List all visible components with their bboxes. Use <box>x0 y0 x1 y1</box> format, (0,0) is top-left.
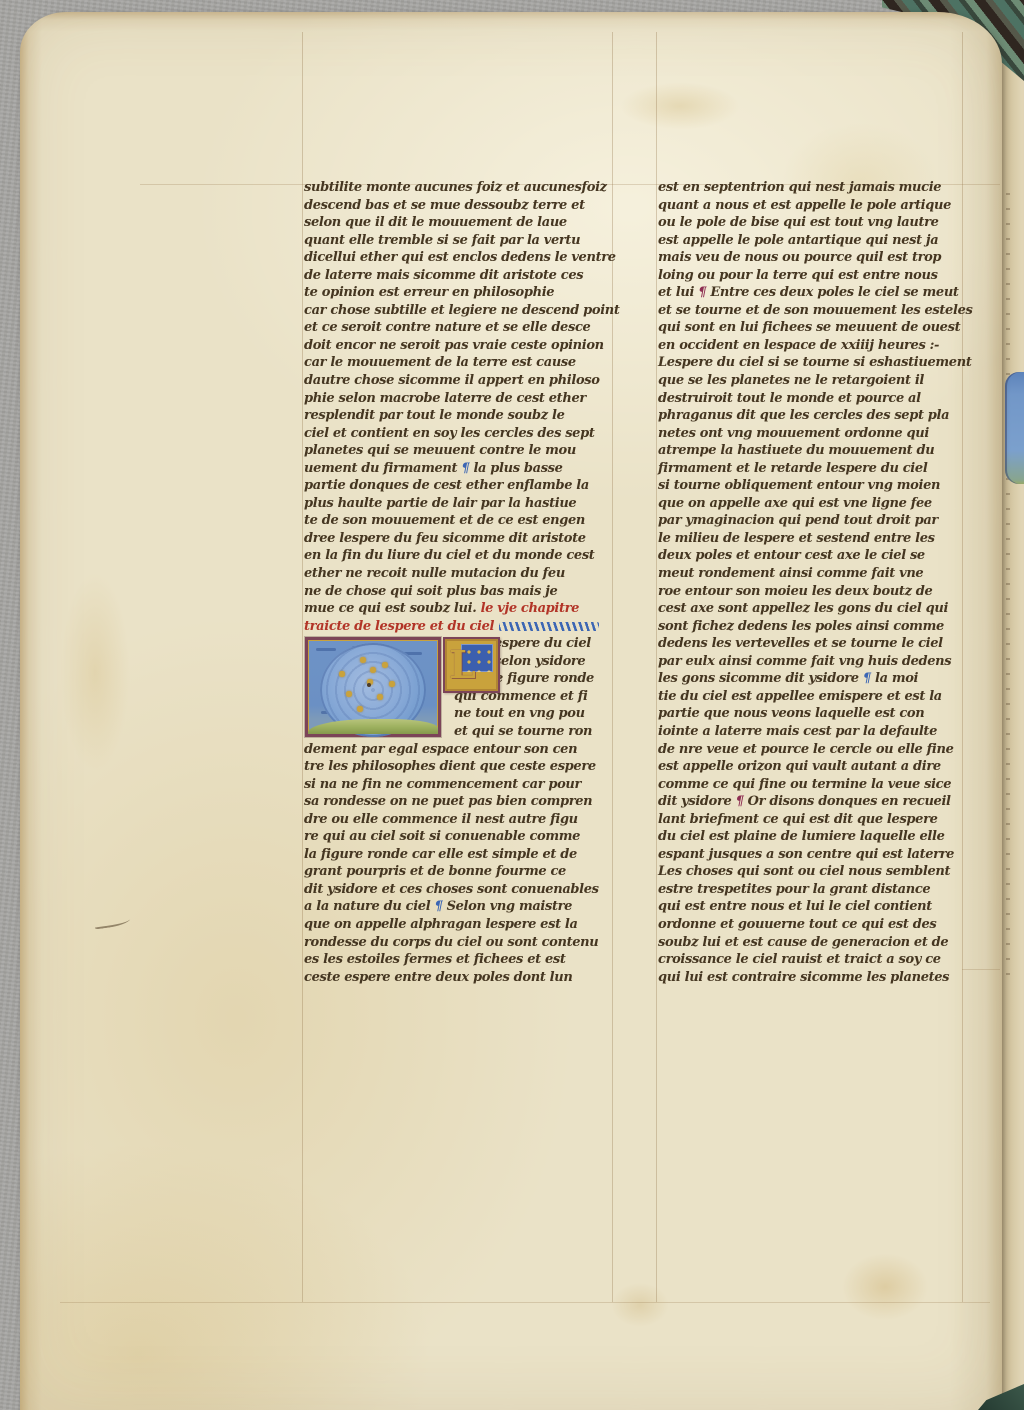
text-line: firmament et le retarde lespere du ciel <box>658 461 966 479</box>
text-line: uement du firmament ¶ la plus basse <box>304 461 616 479</box>
text-line: loing ou pour la terre qui est entre nou… <box>658 268 966 286</box>
ink-text: Lespere du ciel si se tourne si eshastiu… <box>658 355 971 370</box>
text-line: qui est entre nous et lui le ciel contie… <box>658 899 966 917</box>
text-line: mais veu de nous ou pource quil est trop <box>658 250 966 268</box>
cloud-streak <box>316 648 336 651</box>
ink-text: Les choses qui sont ou ciel nous semblen… <box>658 864 950 879</box>
text-line: ciel et contient en soy les cercles des … <box>304 426 616 444</box>
text-line: dautre chose sicomme il appert en philos… <box>304 373 616 391</box>
text-line: par eulx ainsi comme fait vng huis deden… <box>658 654 966 672</box>
initial-letter: L <box>449 646 476 684</box>
ink-text: sa rondesse on ne puet pas bien compren <box>304 794 592 809</box>
text-line: croissance le ciel rauist et traict a so… <box>658 952 966 970</box>
ink-text: roe entour son moieu les deux boutz de <box>658 584 932 599</box>
ink-text: et lui <box>658 285 698 300</box>
ink-text: a la nature du ciel <box>304 899 434 914</box>
ink-text: subtilite monte aucunes foiz et aucunesf… <box>304 180 607 195</box>
text-line: par ymaginacion qui pend tout droit par <box>658 513 966 531</box>
manuscript-photo: subtilite monte aucunes foiz et aucunesf… <box>0 0 1024 1410</box>
text-line: phraganus dit que les cercles des sept p… <box>658 408 966 426</box>
ink-text: lant briefment ce qui est dit que lesper… <box>658 812 938 827</box>
text-line: dree lespere du feu sicomme dit aristote <box>304 531 616 549</box>
text-line: que on appelle axe qui est vne ligne fee <box>658 496 966 514</box>
ink-text: les gons sicomme dit ysidore <box>658 671 863 686</box>
ink-text: qui est entre nous et lui le ciel contie… <box>658 899 932 914</box>
text-line: destruiroit tout le monde et pource al <box>658 391 966 409</box>
ink-text: en la fin du liure du ciel et du monde c… <box>304 548 594 563</box>
ink-text: ciel et contient en soy les cercles des … <box>304 426 595 441</box>
ink-text: te de son mouuement et de ce est engen <box>304 513 585 528</box>
ink-text: en occident en lespace de xxiiij heures … <box>658 338 939 353</box>
text-line: est appelle le pole antartique qui nest … <box>658 233 966 251</box>
text-line: dre ou elle commence il nest autre figu <box>304 812 616 830</box>
text-line: que on appelle alphragan lespere est la <box>304 917 616 935</box>
text-line: Les choses qui sont ou ciel nous semblen… <box>658 864 966 882</box>
text-line: ne tout en vng pou <box>454 706 616 724</box>
text-line: dicellui ether qui est enclos dedens le … <box>304 250 616 268</box>
ink-text: selon ysidore <box>494 654 585 669</box>
text-column-right: est en septentrion qui nest jamais mucie… <box>658 180 966 987</box>
text-line: les gons sicomme dit ysidore ¶ la moi <box>658 671 966 689</box>
text-line: Lespere du ciel si se tourne si eshastiu… <box>658 355 966 373</box>
ink-text: cest axe sont appellez les gons du ciel … <box>658 601 948 616</box>
ink-text: ether ne recoit nulle mutacion du feu <box>304 566 565 581</box>
gold-star <box>389 681 395 687</box>
ink-text: soubz lui et est cause de generacion et … <box>658 935 948 950</box>
text-line: la figure ronde car elle est simple et d… <box>304 847 616 865</box>
text-line: que se les planetes ne le retargoient il <box>658 373 966 391</box>
ink-text: partie donques de cest ether enflambe la <box>304 478 589 493</box>
ruling-line-horizontal <box>962 969 1000 970</box>
text-line: selon ysidore <box>494 654 616 672</box>
ink-text: dree lespere du feu sicomme dit aristote <box>304 531 586 546</box>
pilcrow-mark: ¶ <box>698 285 706 300</box>
ink-text: ne de chose qui soit plus bas mais je <box>304 584 557 599</box>
ink-text: dicellui ether qui est enclos dedens le … <box>304 250 616 265</box>
text-line: ne de chose qui soit plus bas mais je <box>304 584 616 602</box>
next-folio-text-showthrough <box>1006 193 1010 983</box>
ink-text: si na ne fin ne commencement car pour <box>304 777 581 792</box>
text-line: car chose subtille et legiere ne descend… <box>304 303 616 321</box>
text-line: descend bas et se mue dessoubz terre et <box>304 198 616 216</box>
text-line: traicte de lespere et du ciel <box>304 619 616 637</box>
text-line: si tourne obliquement entour vng moien <box>658 478 966 496</box>
ink-text: et se tourne et de son mouuement les est… <box>658 303 972 318</box>
text-line: iointe a laterre mais cest par la defaul… <box>658 724 966 742</box>
ink-text: ou le pole de bise qui est tout vng laut… <box>658 215 939 230</box>
ink-text: par eulx ainsi comme fait vng huis deden… <box>658 654 951 669</box>
text-line: ou le pole de bise qui est tout vng laut… <box>658 215 966 233</box>
gold-star <box>357 706 363 712</box>
ink-text: dit ysidore et ces choses sont conuenabl… <box>304 882 599 897</box>
text-line: sont fichez dedens les poles ainsi comme <box>658 619 966 637</box>
text-line: deux poles et entour cest axe le ciel se <box>658 548 966 566</box>
text-line: espant jusques a son centre qui est late… <box>658 847 966 865</box>
ink-text: qui lui est contraire sicomme les planet… <box>658 970 949 985</box>
gold-star <box>360 657 366 663</box>
ink-text: doit encor ne seroit pas vraie ceste opi… <box>304 338 604 353</box>
ink-text: la figure ronde car elle est simple et d… <box>304 847 577 862</box>
green-ground <box>308 719 438 734</box>
ruling-line-horizontal <box>60 1302 990 1303</box>
text-line: grant pourpris et de bonne fourme ce <box>304 864 616 882</box>
text-line: phie selon macrobe laterre de cest ether <box>304 391 616 409</box>
ink-text: car le mouuement de la terre est cause <box>304 355 576 370</box>
text-line: rondesse du corps du ciel ou sont conten… <box>304 935 616 953</box>
ink-text: ordonne et gouuerne tout ce qui est des <box>658 917 936 932</box>
ink-text: descend bas et se mue dessoubz terre et <box>304 198 585 213</box>
text-line: et se tourne et de son mouuement les est… <box>658 303 966 321</box>
ink-text: phraganus dit que les cercles des sept p… <box>658 408 949 423</box>
text-line: et lui ¶ Entre ces deux poles le ciel se… <box>658 285 966 303</box>
line-filler <box>499 622 599 631</box>
text-line: meut rondement ainsi comme fait vne <box>658 566 966 584</box>
ink-text: destruiroit tout le monde et pource al <box>658 391 921 406</box>
text-line: plus haulte partie de lair par la hastiu… <box>304 496 616 514</box>
ink-text: la moi <box>871 671 918 686</box>
text-line: atrempe la hastiuete du mouuement du <box>658 443 966 461</box>
ink-text: tie du ciel est appellee emispere et est… <box>658 689 942 704</box>
ink-text: croissance le ciel rauist et traict a so… <box>658 952 941 967</box>
pilcrow-mark: ¶ <box>863 671 871 686</box>
ink-text: dement par egal espace entour son cen <box>304 742 577 757</box>
ink-text: ceste espere entre deux poles dont lun <box>304 970 572 985</box>
parchment-stain <box>610 1282 670 1328</box>
gold-star <box>346 691 352 697</box>
ink-text: dedens les vertevelles et se tourne le c… <box>658 636 943 651</box>
ink-text: quant elle tremble si se fait par la ver… <box>304 233 580 248</box>
text-line: soubz lui et est cause de generacion et … <box>658 935 966 953</box>
gold-star <box>382 662 388 668</box>
text-line: en occident en lespace de xxiiij heures … <box>658 338 966 356</box>
text-line: car le mouuement de la terre est cause <box>304 355 616 373</box>
ink-text: le milieu de lespere et sestend entre le… <box>658 531 935 546</box>
text-line: quant a nous et est appelle le pole arti… <box>658 198 966 216</box>
ink-text: rondesse du corps du ciel ou sont conten… <box>304 935 598 950</box>
ink-text: si tourne obliquement entour vng moien <box>658 478 940 493</box>
ink-text: dautre chose sicomme il appert en philos… <box>304 373 600 388</box>
ink-text: phie selon macrobe laterre de cest ether <box>304 391 586 406</box>
ink-text: plus haulte partie de lair par la hastiu… <box>304 496 576 511</box>
ink-text: espere du ciel <box>494 636 591 651</box>
ink-text: atrempe la hastiuete du mouuement du <box>658 443 934 458</box>
ink-text: quant a nous et est appelle le pole arti… <box>658 198 951 213</box>
text-column-left: subtilite monte aucunes foiz et aucunesf… <box>304 180 616 987</box>
text-line: qui lui est contraire sicomme les planet… <box>658 970 966 988</box>
ink-text: Or disons donques en recueil <box>744 794 951 809</box>
ink-text: es les estoiles fermes et fichees et est <box>304 952 566 967</box>
ink-text: car chose subtille et legiere ne descend… <box>304 303 620 318</box>
miniature-celestial-sphere <box>305 637 441 737</box>
next-folio-miniature-sliver <box>1005 372 1024 484</box>
text-line: est en septentrion qui nest jamais mucie <box>658 180 966 198</box>
text-line: tie du ciel est appellee emispere et est… <box>658 689 966 707</box>
ink-text: comme ce qui fine ou termine la veue sic… <box>658 777 951 792</box>
ink-text: Selon vng maistre <box>442 899 572 914</box>
ink-text: dre ou elle commence il nest autre figu <box>304 812 578 827</box>
text-line: ether ne recoit nulle mutacion du feu <box>304 566 616 584</box>
rubric-text: traicte de lespere et du ciel <box>304 619 494 634</box>
text-line: du ciel est plaine de lumiere laquelle e… <box>658 829 966 847</box>
text-line: espere du ciel <box>494 636 616 654</box>
ink-text: te opinion est erreur en philosophie <box>304 285 554 300</box>
text-line: si na ne fin ne commencement car pour <box>304 777 616 795</box>
text-line: lant briefment ce qui est dit que lesper… <box>658 812 966 830</box>
text-line: le milieu de lespere et sestend entre le… <box>658 531 966 549</box>
ink-text: du ciel est plaine de lumiere laquelle e… <box>658 829 945 844</box>
text-line: mue ce qui est soubz lui. le vje chapitr… <box>304 601 616 619</box>
gold-star <box>339 671 345 677</box>
parchment-stain <box>620 82 740 130</box>
text-line: es les estoiles fermes et fichees et est <box>304 952 616 970</box>
ink-text: qui sont en lui fichees se meuuent de ou… <box>658 320 960 335</box>
ink-text: tre les philosophes dient que ceste espe… <box>304 759 596 774</box>
ink-text: partie que nous veons laquelle est con <box>658 706 924 721</box>
text-line: quant elle tremble si se fait par la ver… <box>304 233 616 251</box>
text-line: ceste espere entre deux poles dont lun <box>304 970 616 988</box>
ink-text: Entre ces deux poles le ciel se meut <box>706 285 958 300</box>
pilcrow-mark: ¶ <box>736 794 744 809</box>
ink-text: sont fichez dedens les poles ainsi comme <box>658 619 944 634</box>
text-line: roe entour son moieu les deux boutz de <box>658 584 966 602</box>
text-line: dit ysidore et ces choses sont conuenabl… <box>304 882 616 900</box>
illuminated-initial: L <box>443 637 500 693</box>
ink-text: que se les planetes ne le retargoient il <box>658 373 924 388</box>
ink-text: que on appelle axe qui est vne ligne fee <box>658 496 932 511</box>
ink-text: mue ce qui est soubz lui. <box>304 601 481 616</box>
text-line: de laterre mais sicomme dit aristote ces <box>304 268 616 286</box>
text-line: netes ont vng mouuement ordonne qui <box>658 426 966 444</box>
ink-text: estre trespetites pour la grant distance <box>658 882 930 897</box>
text-line: dedens les vertevelles et se tourne le c… <box>658 636 966 654</box>
parchment-stain <box>60 572 130 772</box>
text-line: dit ysidore ¶ Or disons donques en recue… <box>658 794 966 812</box>
text-line: en la fin du liure du ciel et du monde c… <box>304 548 616 566</box>
text-line: et qui se tourne ron <box>454 724 616 742</box>
ink-text: de laterre mais sicomme dit aristote ces <box>304 268 583 283</box>
ink-text: firmament et le retarde lespere du ciel <box>658 461 927 476</box>
ink-text: dit ysidore <box>658 794 736 809</box>
text-line: partie donques de cest ether enflambe la <box>304 478 616 496</box>
text-line: est appelle orizon qui vault autant a di… <box>658 759 966 777</box>
ink-text: espant jusques a son centre qui est late… <box>658 847 954 862</box>
text-line: comme ce qui fine ou termine la veue sic… <box>658 777 966 795</box>
ink-text: meut rondement ainsi comme fait vne <box>658 566 923 581</box>
ruling-line-vertical <box>302 32 303 1302</box>
ink-text: mais veu de nous ou pource quil est trop <box>658 250 941 265</box>
text-line: doit encor ne seroit pas vraie ceste opi… <box>304 338 616 356</box>
text-line: dement par egal espace entour son cen <box>304 742 616 760</box>
ink-text: loing ou pour la terre qui est entre nou… <box>658 268 938 283</box>
text-line: sa rondesse on ne puet pas bien compren <box>304 794 616 812</box>
text-line: planetes qui se meuuent contre le mou <box>304 443 616 461</box>
ink-text: re qui au ciel soit si conuenable comme <box>304 829 580 844</box>
ink-text: et qui se tourne ron <box>454 724 592 739</box>
ink-text: de nre veue et pource le cercle ou elle … <box>658 742 954 757</box>
text-line: estre trespetites pour la grant distance <box>658 882 966 900</box>
ink-text: la plus basse <box>469 461 562 476</box>
text-line: qui sont en lui fichees se meuuent de ou… <box>658 320 966 338</box>
ink-text: planetes qui se meuuent contre le mou <box>304 443 576 458</box>
ink-text: et ce seroit contre nature et se elle de… <box>304 320 590 335</box>
gold-star <box>377 694 383 700</box>
ink-text: selon que il dit le mouuement de laue <box>304 215 567 230</box>
ink-text: deux poles et entour cest axe le ciel se <box>658 548 925 563</box>
text-line: cest axe sont appellez les gons du ciel … <box>658 601 966 619</box>
text-line: re qui au ciel soit si conuenable comme <box>304 829 616 847</box>
rubric-text: le vje chapitre <box>481 601 579 616</box>
text-line: tre les philosophes dient que ceste espe… <box>304 759 616 777</box>
ink-text: est en septentrion qui nest jamais mucie <box>658 180 941 195</box>
text-line: a la nature du ciel ¶ Selon vng maistre <box>304 899 616 917</box>
text-line: resplendit par tout le monde soubz le <box>304 408 616 426</box>
ink-text: par ymaginacion qui pend tout droit par <box>658 513 938 528</box>
ruling-line-vertical <box>656 32 657 1302</box>
text-line: subtilite monte aucunes foiz et aucunesf… <box>304 180 616 198</box>
text-line: et ce seroit contre nature et se elle de… <box>304 320 616 338</box>
text-line: te opinion est erreur en philosophie <box>304 285 616 303</box>
text-line: de nre veue et pource le cercle ou elle … <box>658 742 966 760</box>
text-line: selon que il dit le mouuement de laue <box>304 215 616 233</box>
parchment-stain <box>840 1252 930 1322</box>
text-line: te de son mouuement et de ce est engen <box>304 513 616 531</box>
ink-text: netes ont vng mouuement ordonne qui <box>658 426 929 441</box>
ink-text: uement du firmament <box>304 461 461 476</box>
sphere-center-dot <box>367 683 371 687</box>
ink-text: resplendit par tout le monde soubz le <box>304 408 565 423</box>
text-line: partie que nous veons laquelle est con <box>658 706 966 724</box>
ink-text: est appelle orizon qui vault autant a di… <box>658 759 941 774</box>
text-line: ordonne et gouuerne tout ce qui est des <box>658 917 966 935</box>
ink-text: iointe a laterre mais cest par la defaul… <box>658 724 937 739</box>
ink-text: ne tout en vng pou <box>454 706 585 721</box>
ink-text: est appelle le pole antartique qui nest … <box>658 233 938 248</box>
ink-text: grant pourpris et de bonne fourme ce <box>304 864 566 879</box>
ink-text: que on appelle alphragan lespere est la <box>304 917 578 932</box>
